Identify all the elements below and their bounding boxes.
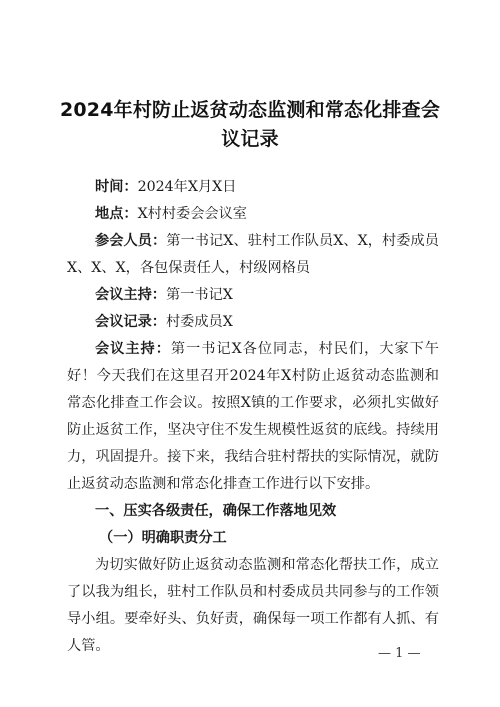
speech-label: 会议主持： <box>95 341 171 357</box>
meta-label: 时间： <box>95 179 138 195</box>
meta-time: 时间：2024年X月X日 <box>67 174 439 201</box>
meta-value: X村村委会会议室 <box>138 206 247 222</box>
subsection-heading: （一）明确职责分工 <box>67 525 439 552</box>
document-title: 2024年村防止返贫动态监测和常态化排查会 议记录 <box>40 96 460 154</box>
meta-recorder: 会议记录：村委成员X <box>67 309 439 336</box>
meta-label: 参会人员： <box>95 233 166 249</box>
page-number: — 1 — <box>378 646 421 661</box>
meta-value: 2024年X月X日 <box>138 179 237 195</box>
meta-location: 地点：X村村委会会议室 <box>67 201 439 228</box>
meta-attendees: 参会人员：第一书记X、驻村工作队员X、X，村委成员X、X、X，各包保责任人，村级… <box>67 228 439 282</box>
meta-label: 地点： <box>95 206 138 222</box>
title-line-2: 议记录 <box>40 125 460 154</box>
meta-label: 会议记录： <box>95 314 166 330</box>
meta-value: 村委成员X <box>166 314 233 330</box>
speech-text: 第一书记X各位同志，村民们，大家下午好！今天我们在这里召开2024年X村防止返贫… <box>67 341 439 492</box>
meta-label: 会议主持： <box>95 287 166 303</box>
body-paragraph: 为切实做好防止返贫动态监测和常态化帮扶工作，成立了以我为组长，驻村工作队员和村委… <box>67 552 439 660</box>
section-heading: 一、压实各级责任，确保工作落地见效 <box>67 498 439 525</box>
title-line-1: 2024年村防止返贫动态监测和常态化排查会 <box>40 96 460 125</box>
document-body: 时间：2024年X月X日 地点：X村村委会会议室 参会人员：第一书记X、驻村工作… <box>67 174 439 660</box>
meta-value: 第一书记X <box>166 287 233 303</box>
document-page: 2024年村防止返贫动态监测和常态化排查会 议记录 时间：2024年X月X日 地… <box>0 0 500 707</box>
meta-host: 会议主持：第一书记X <box>67 282 439 309</box>
host-speech: 会议主持：第一书记X各位同志，村民们，大家下午好！今天我们在这里召开2024年X… <box>67 336 439 498</box>
